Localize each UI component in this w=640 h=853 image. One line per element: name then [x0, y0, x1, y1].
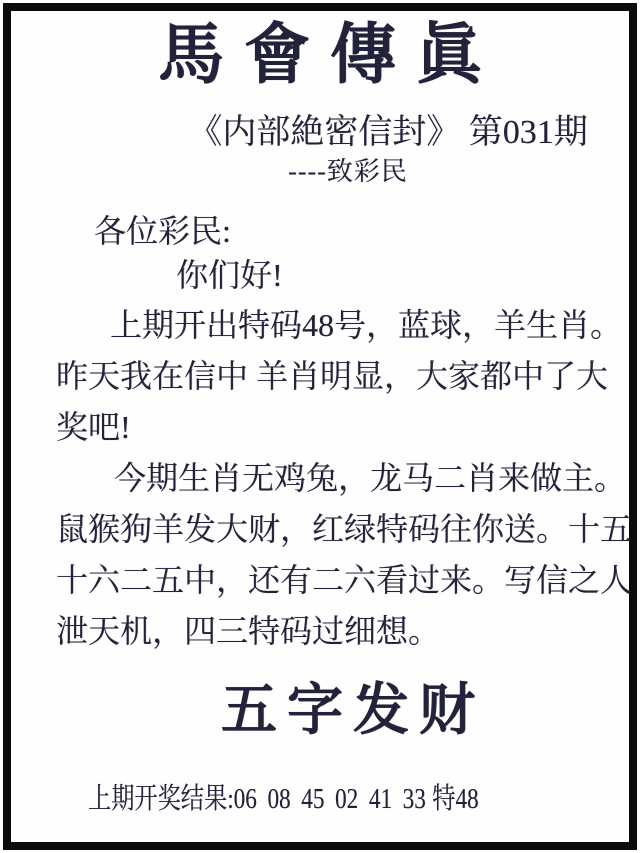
letter-line: 十六二五中，还有二六看过来。写信之人 — [56, 555, 634, 606]
subtitle-envelope-issue: 《内部絶密信封》 第031期 — [68, 104, 640, 153]
letter-line: 今期生肖无鸡兔，龙马二肖来做主。 — [56, 453, 634, 504]
letter-line: 昨天我在信中 羊肖明显，大家都中了大 — [56, 351, 634, 402]
dedication-line: ----致彩民 — [28, 151, 640, 188]
last-draw-special-number: 特48 — [432, 783, 478, 815]
letter-line: 泄天机，四三特码过细想。 — [56, 606, 634, 657]
fax-letter-page: 馬會傳眞 《内部絶密信封》 第031期 ----致彩民 各位彩民: 你们好! 上… — [0, 0, 640, 853]
slogan-five-char-fortune: 五字发财 — [28, 666, 640, 746]
letter-body: 上期开出特码48号，蓝球，羊生肖。 昨天我在信中 羊肖明显，大家都中了大 奖吧!… — [56, 300, 634, 657]
letter-line: 鼠猴狗羊发大财，红绿特码往你送。十五 — [56, 504, 634, 555]
last-draw-result: 上期开奖结果:06 08 45 02 41 33特48 — [88, 776, 479, 817]
greeting: 你们好! — [176, 250, 283, 296]
salutation: 各位彩民: — [94, 206, 231, 252]
last-draw-numbers: 06 08 45 02 41 33 — [234, 783, 426, 815]
letter-line: 奖吧! — [56, 402, 634, 453]
page-title: 馬會傳眞 — [0, 20, 640, 93]
letter-line: 上期开出特码48号，蓝球，羊生肖。 — [56, 300, 634, 351]
last-draw-label: 上期开奖结果: — [88, 783, 234, 815]
